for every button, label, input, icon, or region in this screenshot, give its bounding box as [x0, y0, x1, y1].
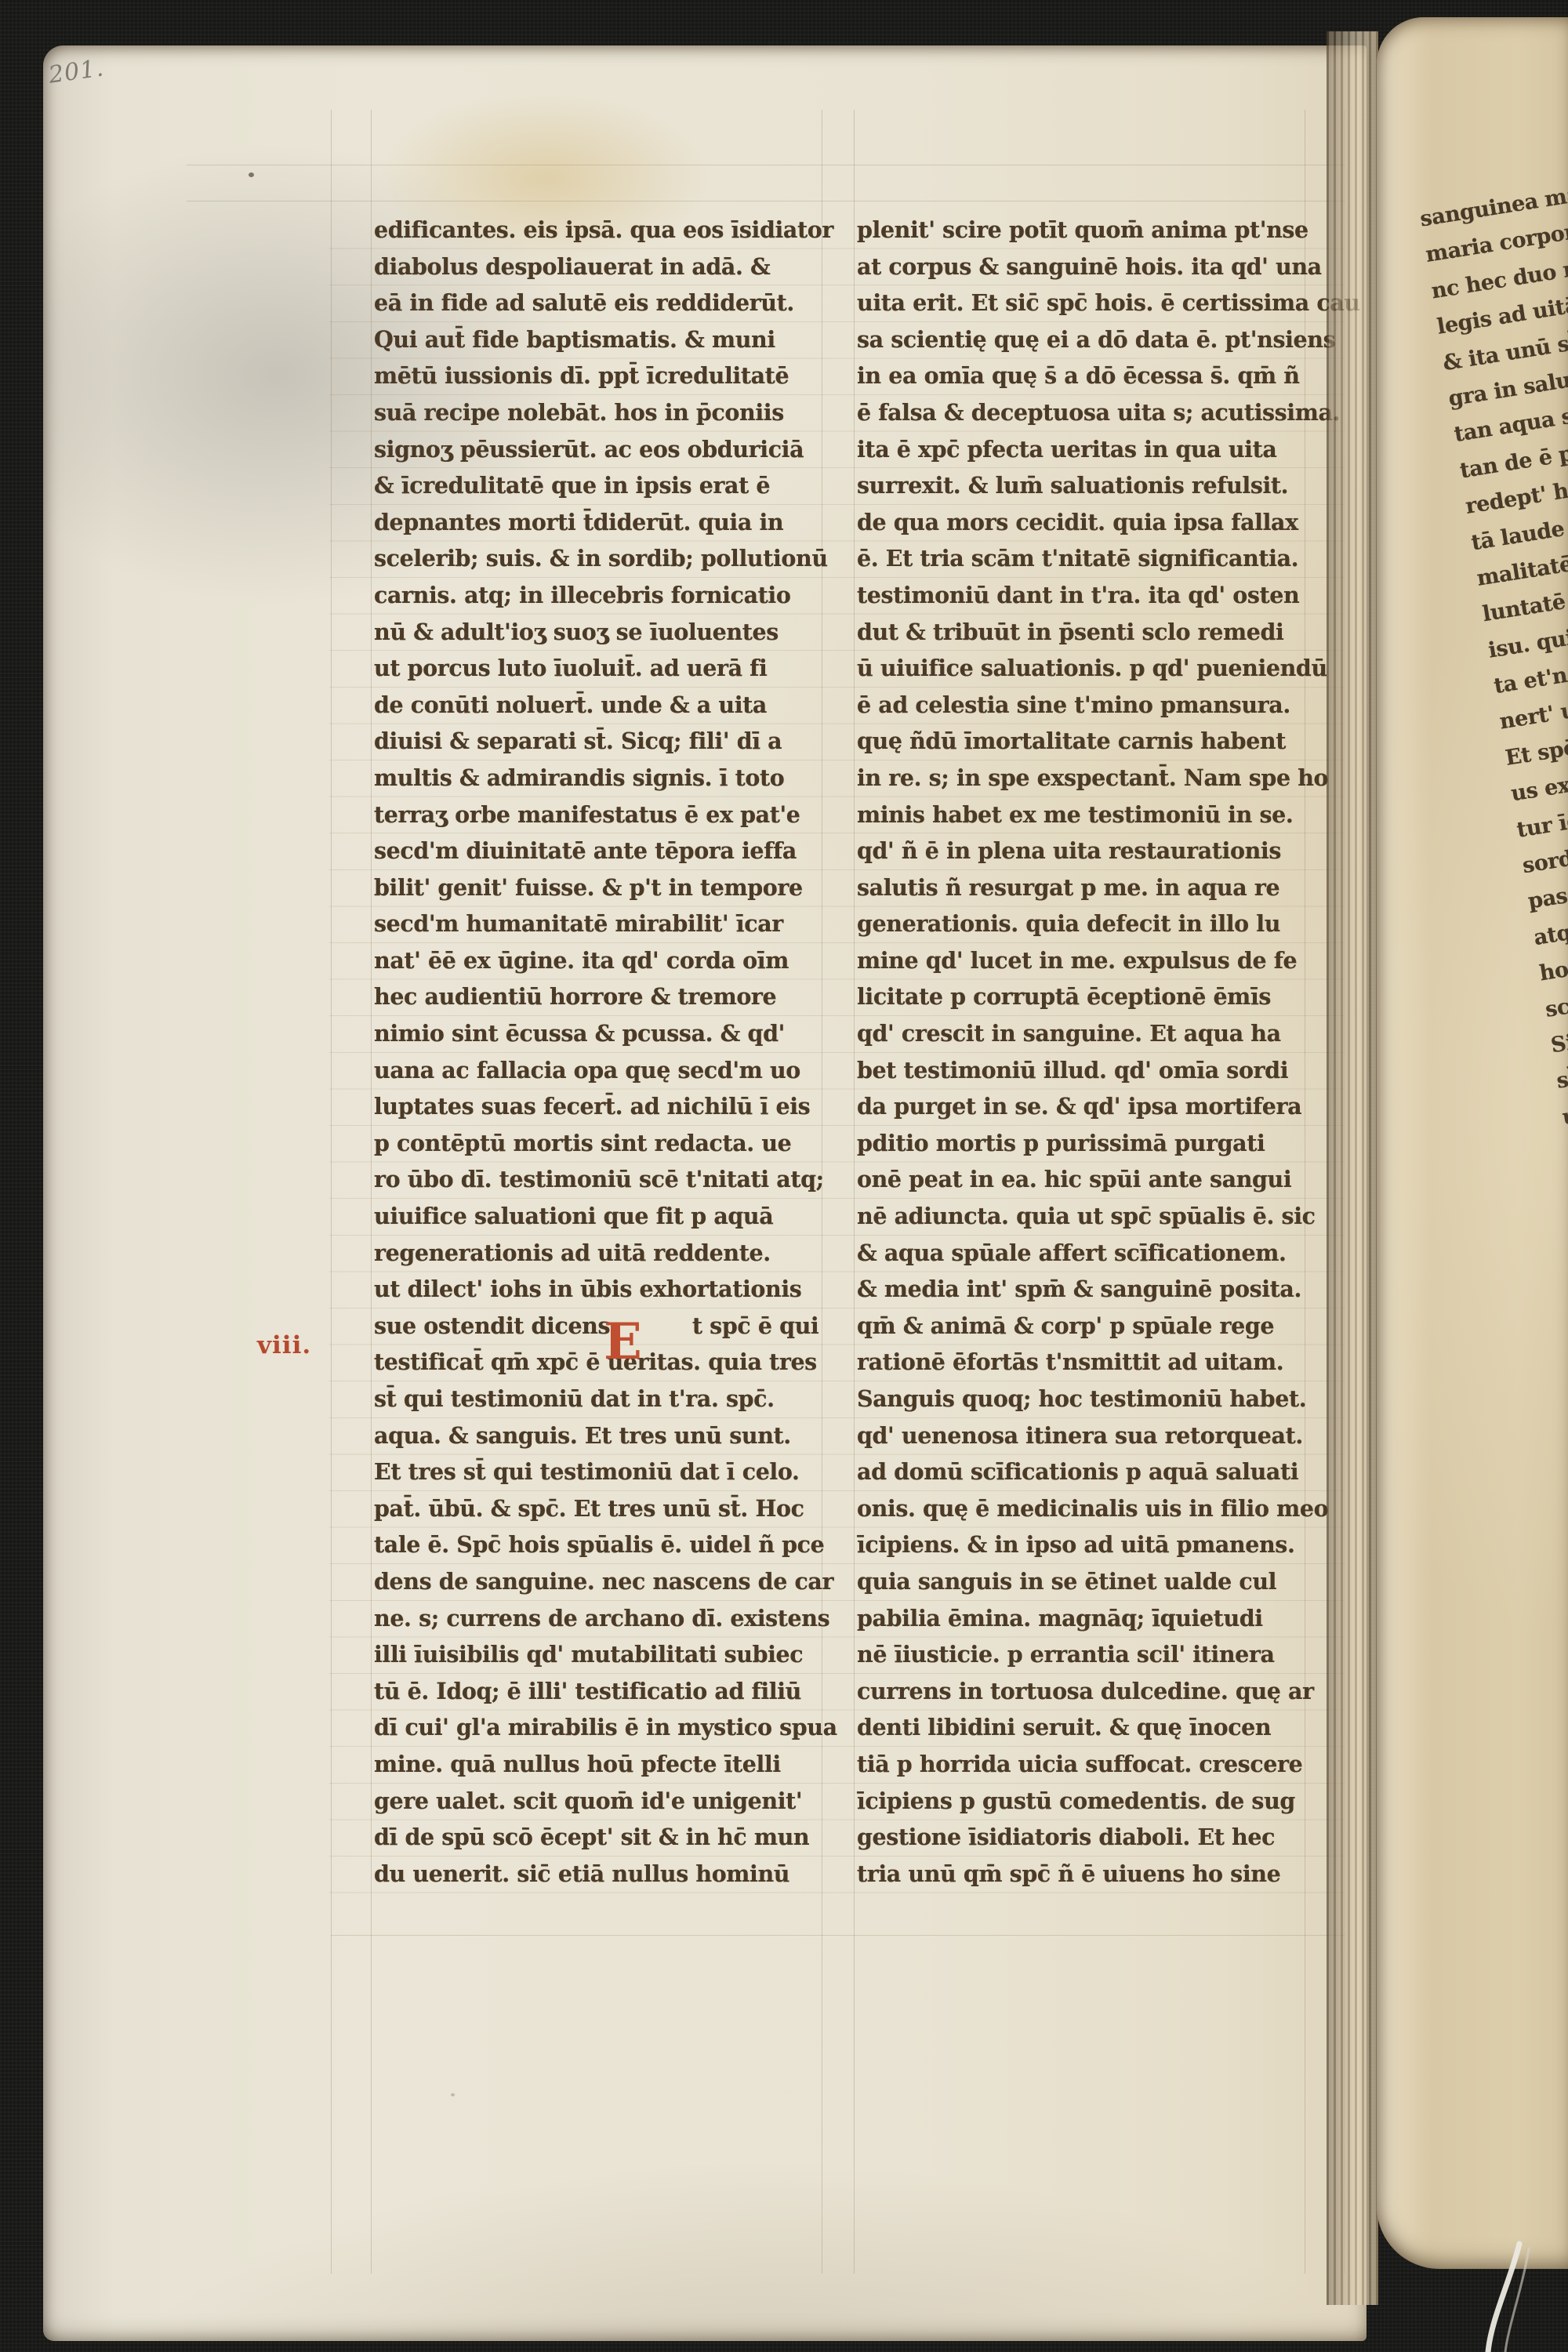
text-line: tale ē. Spc̄ hois spūalis ē. uidel ñ pce — [374, 1526, 833, 1563]
text-line: at corpus & sanguinē hois. ita qd' una — [857, 249, 1316, 285]
text-line: uiuifice saluationi que fit p aquā — [374, 1198, 833, 1235]
text-line: ne. s; currens de archano dī. existens — [374, 1600, 833, 1637]
text-line: tiā p horrida uicia suffocat. crescere — [857, 1746, 1316, 1783]
text-line: da purget in se. & qd' ipsa mortifera — [857, 1088, 1316, 1125]
vertical-ruling-line — [854, 110, 855, 2274]
text-line: pabilia ēmina. magnāq; īquietudi — [857, 1600, 1316, 1637]
text-line: secd'm humanitatē mirabilit' īcar — [374, 906, 833, 942]
text-line: minis habet ex me testimoniū in se. — [857, 797, 1316, 833]
text-line: denti libidini seruit. & quę īnocen — [857, 1709, 1316, 1746]
text-line: nū & adult'ioʒ suoʒ se īuoluentes — [374, 614, 833, 651]
text-line: currens in tortuosa dulcedine. quę ar — [857, 1673, 1316, 1710]
text-line: onis. quę ē medicinalis uis in filio meo — [857, 1490, 1316, 1527]
text-line: dī de spū scō ēcept' sit & in hc̄ mun — [374, 1819, 833, 1856]
text-line: quę ñdū īmortalitate carnis habent — [857, 723, 1316, 760]
text-line: Et tres st̄ qui testimoniū dat ī celo. — [374, 1454, 833, 1490]
horizontal-ruling-line — [187, 201, 1345, 201]
text-line: diabolus despoliauerat in adā. & — [374, 249, 833, 285]
text-line: qd' uenenosa itinera sua retorqueat. — [857, 1417, 1316, 1454]
text-line: ē ad celestia sine t'mino pmansura. — [857, 687, 1316, 724]
text-line: ut dilect' iohs in ūbis exhortationis — [374, 1271, 833, 1308]
text-column-right: plenit' scire potīt quom̄ anima pt'nseat… — [857, 212, 1316, 1892]
text-line: ē. Et tria scām t'nitatē significantia. — [857, 540, 1316, 577]
text-line: Sanguis quoq; hoc testimoniū habet. — [857, 1381, 1316, 1417]
text-line: depnantes morti t̄diderūt. quia in — [374, 504, 833, 541]
text-line: regenerationis ad uitā reddente. — [374, 1235, 833, 1272]
text-line: onē peat in ea. hic spūi ante sangui — [857, 1161, 1316, 1198]
text-line: dens de sanguine. nec nascens de car — [374, 1563, 833, 1600]
text-line: ro ūbo dī. testimoniū scē t'nitati atq; — [374, 1161, 833, 1198]
text-line: ū uiuifice saluationis. p qd' pueniendū — [857, 650, 1316, 687]
text-line: st̄ qui testimoniū dat in t'ra. spc̄. — [374, 1381, 833, 1417]
text-line: tū ē. Idoq; ē illi' testificatio ad fili… — [374, 1673, 833, 1710]
text-column-left: edificantes. eis ipsā. qua eos īsidiator… — [374, 212, 833, 1892]
binding-thread — [1450, 2227, 1568, 2352]
next-page-text-fragments: sanguinea maria cormaria corporis. uiuen… — [1417, 150, 1568, 1855]
text-line: dī cui' gl'a mirabilis ē in mystico spua — [374, 1709, 833, 1746]
text-line: rationē ēfortās t'nsmittit ad uitam. — [857, 1344, 1316, 1381]
text-line: in ea omīa quę s̄ a dō ēcessa s̄. qm̄ ñ — [857, 358, 1316, 394]
red-initial-letter: E — [604, 1319, 642, 1366]
text-line: īcipiens. & in ipso ad uitā pmanens. — [857, 1526, 1316, 1563]
horizontal-ruling-line — [331, 1935, 1345, 1936]
text-line: nat' ēē ex ūgine. ita qd' corda oīm — [374, 942, 833, 979]
text-line: ad domū scīficationis p aquā saluati — [857, 1454, 1316, 1490]
text-line: dut & tribuūt in p̄senti sclo remedi — [857, 614, 1316, 651]
vertical-ruling-line — [371, 110, 372, 2274]
text-line: mine. quā nullus hoū pfecte ītelli — [374, 1746, 833, 1783]
text-line: & īcredulitatē que in ipsis erat ē — [374, 467, 833, 504]
text-line: mine qd' lucet in me. expulsus de fe — [857, 942, 1316, 979]
text-line: bet testimoniū illud. qd' omīa sordi — [857, 1052, 1316, 1089]
text-line: diuisi & separati st̄. Sicq; fili' dī a — [374, 723, 833, 760]
text-line: eā in fide ad salutē eis reddiderūt. — [374, 285, 833, 321]
text-line: & media int' spm̄ & sanguinē posita. — [857, 1271, 1316, 1308]
text-line: qd' crescit in sanguine. Et aqua ha — [857, 1015, 1316, 1052]
text-line: uana ac fallacia opa quę secd'm uo — [374, 1052, 833, 1089]
page-stack-edges — [1327, 31, 1378, 2305]
text-line: sa scientię quę ei a dō data ē. pt'nsien… — [857, 321, 1316, 358]
text-line: testimoniū dant in t'ra. ita qd' osten — [857, 577, 1316, 614]
text-line: nimio sint ēcussa & pcussa. & qd' — [374, 1015, 833, 1052]
text-line: tria unū qm̄ spc̄ ñ ē uiuens ho sine — [857, 1856, 1316, 1893]
text-line: scelerib; suis. & in sordib; pollutionū — [374, 540, 833, 577]
text-line: de qua mors cecidit. quia ipsa fallax — [857, 504, 1316, 541]
next-page-edge: sanguinea maria cormaria corporis. uiuen… — [1377, 17, 1568, 2269]
text-line: illi īuisibilis qd' mutabilitati subiec — [374, 1636, 833, 1673]
text-line: salutis ñ resurgat p me. in aqua re — [857, 869, 1316, 906]
text-line: secd'm diuinitatē ante tēpora ieffa — [374, 833, 833, 869]
text-line: uita erit. Et sic̄ spc̄ hois. ē certissi… — [857, 285, 1316, 321]
text-line: nē adiuncta. quia ut spc̄ spūalis ē. sic — [857, 1198, 1316, 1235]
text-line: hec audientiū horrore & tremore — [374, 978, 833, 1015]
ink-speck — [451, 2093, 455, 2096]
ink-speck — [249, 172, 254, 177]
text-line: quia sanguis in se ētinet ualde cul — [857, 1563, 1316, 1600]
text-line: gere ualet. scit quom̄ id'e unigenit' — [374, 1783, 833, 1820]
text-line: p contēptū mortis sint redacta. ue — [374, 1125, 833, 1162]
text-line: bilit' genit' fuisse. & p't in tempore — [374, 869, 833, 906]
text-line: ē falsa & deceptuosa uita s; acutissima. — [857, 394, 1316, 431]
text-line: nē īiusticie. p errantia scil' itinera — [857, 1636, 1316, 1673]
horizontal-ruling-line — [187, 165, 1345, 165]
text-line: ut porcus luto īuoluit̄. ad uerā fi — [374, 650, 833, 687]
text-line: surrexit. & lum̄ saluationis refulsit. — [857, 467, 1316, 504]
text-line: ita ē xpc̄ pfecta ueritas in qua uita — [857, 431, 1316, 468]
text-line: qd' ñ ē in plena uita restaurationis — [857, 833, 1316, 869]
text-line: & aqua spūale affert scīficationem. — [857, 1235, 1316, 1272]
text-line: gestione īsidiatoris diaboli. Et hec — [857, 1819, 1316, 1856]
text-line: Qui aut̄ fide baptismatis. & muni — [374, 321, 833, 358]
text-line: īcipiens p gustū comedentis. de sug — [857, 1783, 1316, 1820]
text-line: du uenerit. sic̄ etiā nullus hominū — [374, 1856, 833, 1893]
text-line: in re. s; in spe exspectant̄. Nam spe ho — [857, 760, 1316, 797]
text-line: multis & admirandis signis. ī toto — [374, 760, 833, 797]
text-line: pat̄. ūbū. & spc̄. Et tres unū st̄. Hoc — [374, 1490, 833, 1527]
text-line: qm̄ & animā & corp' p spūale rege — [857, 1308, 1316, 1345]
text-line: aqua. & sanguis. Et tres unū sunt. — [374, 1417, 833, 1454]
text-line: de conūti noluert̄. unde & a uita — [374, 687, 833, 724]
text-line: edificantes. eis ipsā. qua eos īsidiator — [374, 212, 833, 249]
text-line: licitate p corruptā ēceptionē ēmīs — [857, 978, 1316, 1015]
text-line: carnis. atq; in illecebris fornicatio — [374, 577, 833, 614]
text-line: terraʒ orbe manifestatus ē ex pat'e — [374, 797, 833, 833]
text-line: mētū iussionis dī. ppt̄ īcredulitatē — [374, 358, 833, 394]
text-line: generationis. quia defecit in illo lu — [857, 906, 1316, 942]
text-line: pditio mortis p purissimā purgati — [857, 1125, 1316, 1162]
vertical-ruling-line — [331, 110, 332, 2274]
text-line: suā recipe nolebāt. hos in p̄coniis — [374, 394, 833, 431]
text-line: luptates suas fecert̄. ad nichilū ī eis — [374, 1088, 833, 1125]
text-line: plenit' scire potīt quom̄ anima pt'nse — [857, 212, 1316, 249]
manuscript-photo: 201. viii. edificantes. eis ipsā. qua eo… — [0, 0, 1568, 2352]
text-line: signoʒ pēussierūt. ac eos obduriciā — [374, 431, 833, 468]
red-chapter-numeral: viii. — [257, 1331, 311, 1359]
